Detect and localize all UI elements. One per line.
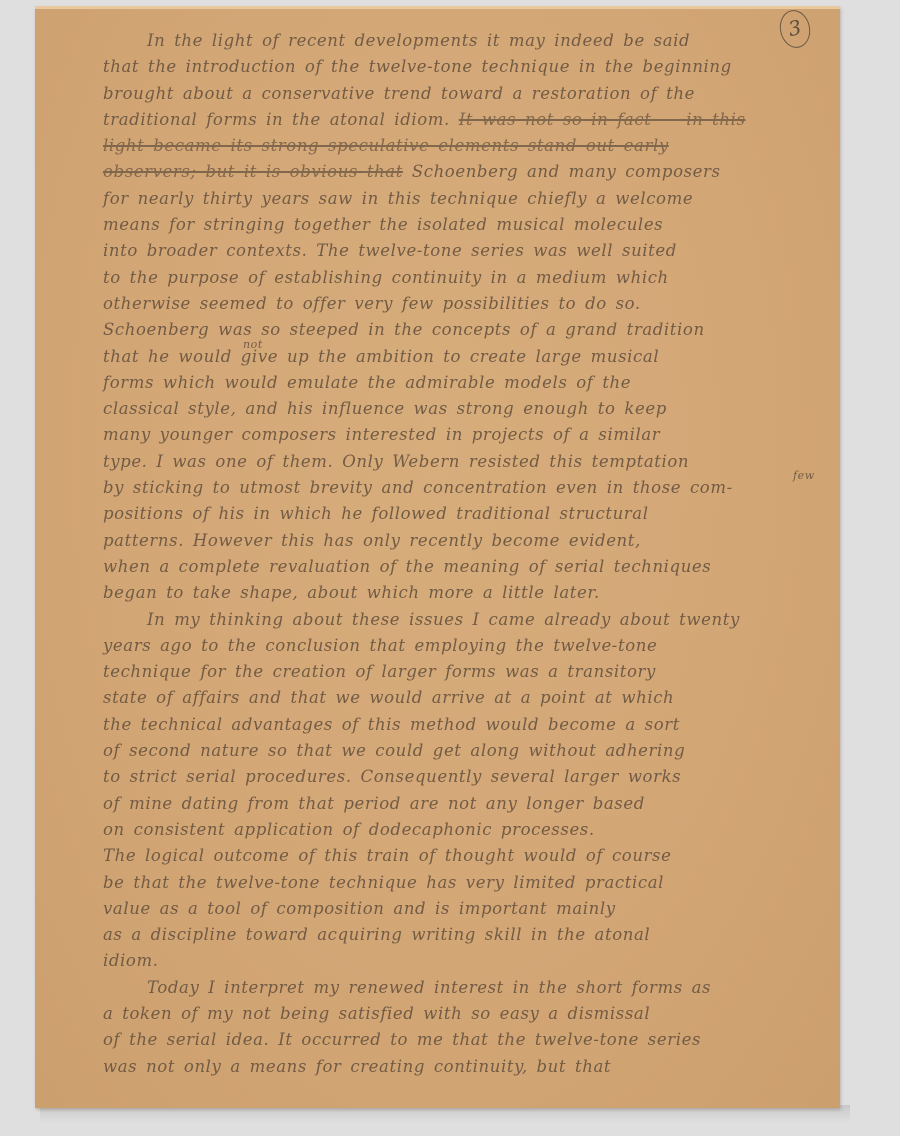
- text-line: began to take shape, about which more a …: [103, 580, 833, 606]
- text-line: on consistent application of dodecaphoni…: [103, 817, 833, 843]
- line-text: that he would give up the ambition to cr…: [103, 347, 659, 366]
- text-line: technique for the creation of larger for…: [103, 659, 833, 685]
- text-line: to strict serial procedures. Consequentl…: [103, 764, 833, 790]
- text-line: was not only a means for creating contin…: [103, 1054, 833, 1080]
- line-text: value as a tool of composition and is im…: [103, 899, 616, 918]
- text-line: years ago to the conclusion that employi…: [103, 633, 833, 659]
- text-line: In the light of recent developments it m…: [103, 28, 833, 54]
- text-line: as a discipline toward acquiring writing…: [103, 922, 833, 948]
- text-line: otherwise seemed to offer very few possi…: [103, 291, 833, 317]
- line-text: of mine dating from that period are not …: [103, 794, 645, 813]
- inserted-word: few: [793, 463, 815, 489]
- line-text: Schoenberg was so steeped in the concept…: [103, 320, 705, 339]
- line-text: idiom.: [103, 951, 159, 970]
- text-line: patterns. However this has only recently…: [103, 528, 833, 554]
- text-line: that the introduction of the twelve-tone…: [103, 54, 833, 80]
- line-text: years ago to the conclusion that employi…: [103, 636, 657, 655]
- manuscript-body: In the light of recent developments it m…: [103, 28, 833, 1080]
- inserted-word: not: [243, 332, 263, 358]
- line-text: a token of my not being satisfied with s…: [103, 1004, 650, 1023]
- text-line: of the serial idea. It occurred to me th…: [103, 1027, 833, 1053]
- line-text: traditional forms in the atonal idiom.: [103, 110, 450, 129]
- text-line: positions of his in which he followed tr…: [103, 501, 833, 527]
- text-line: few by sticking to utmost brevity and co…: [103, 475, 833, 501]
- line-text: patterns. However this has only recently…: [103, 531, 641, 550]
- line-text: for nearly thirty years saw in this tech…: [103, 189, 693, 208]
- line-text: by sticking to utmost brevity and concen…: [103, 478, 733, 497]
- text-line: for nearly thirty years saw in this tech…: [103, 186, 833, 212]
- text-line: the technical advantages of this method …: [103, 712, 833, 738]
- manuscript-page: 3 In the light of recent developments it…: [35, 6, 840, 1108]
- text-line: Today I interpret my renewed interest in…: [103, 975, 833, 1001]
- line-text: as a discipline toward acquiring writing…: [103, 925, 650, 944]
- struck-through-text: observers; but it is obvious that: [103, 162, 403, 181]
- line-text: brought about a conservative trend towar…: [103, 84, 695, 103]
- text-line: observers; but it is obvious that Schoen…: [103, 159, 833, 185]
- line-text: the technical advantages of this method …: [103, 715, 680, 734]
- struck-through-text: light became its strong speculative elem…: [103, 136, 669, 155]
- text-line: In my thinking about these issues I came…: [103, 607, 833, 633]
- line-text: when a complete revaluation of the meani…: [103, 557, 711, 576]
- line-text: to strict serial procedures. Consequentl…: [103, 767, 681, 786]
- line-text: In the light of recent developments it m…: [147, 31, 690, 50]
- text-line: classical style, and his influence was s…: [103, 396, 833, 422]
- text-line: traditional forms in the atonal idiom. I…: [103, 107, 833, 133]
- text-line: brought about a conservative trend towar…: [103, 81, 833, 107]
- line-text: on consistent application of dodecaphoni…: [103, 820, 595, 839]
- text-line: be that the twelve-tone technique has ve…: [103, 870, 833, 896]
- text-line: The logical outcome of this train of tho…: [103, 843, 833, 869]
- line-text: technique for the creation of larger for…: [103, 662, 656, 681]
- line-text: Today I interpret my renewed interest in…: [147, 978, 711, 997]
- text-line: type. I was one of them. Only Webern res…: [103, 449, 833, 475]
- line-text: of the serial idea. It occurred to me th…: [103, 1030, 701, 1049]
- line-text: means for stringing together the isolate…: [103, 215, 663, 234]
- text-line: a token of my not being satisfied with s…: [103, 1001, 833, 1027]
- struck-through-text: It was not so in fact — in this: [459, 110, 746, 129]
- line-text: forms which would emulate the admirable …: [103, 373, 631, 392]
- line-text: state of affairs and that we would arriv…: [103, 688, 674, 707]
- text-line: to the purpose of establishing continuit…: [103, 265, 833, 291]
- line-text: to the purpose of establishing continuit…: [103, 268, 669, 287]
- text-line: light became its strong speculative elem…: [103, 133, 833, 159]
- line-text: be that the twelve-tone technique has ve…: [103, 873, 664, 892]
- line-text: that the introduction of the twelve-tone…: [103, 57, 732, 76]
- line-text: In my thinking about these issues I came…: [147, 610, 740, 629]
- line-text: otherwise seemed to offer very few possi…: [103, 294, 641, 313]
- text-line: Schoenberg was so steeped in the concept…: [103, 317, 833, 343]
- text-line: many younger composers interested in pro…: [103, 422, 833, 448]
- line-text: type. I was one of them. Only Webern res…: [103, 452, 689, 471]
- text-line: when a complete revaluation of the meani…: [103, 554, 833, 580]
- text-line: idiom.: [103, 948, 833, 974]
- line-text: Schoenberg and many composers: [412, 162, 721, 181]
- text-line: forms which would emulate the admirable …: [103, 370, 833, 396]
- text-line: of mine dating from that period are not …: [103, 791, 833, 817]
- line-text: of second nature so that we could get al…: [103, 741, 685, 760]
- line-text: was not only a means for creating contin…: [103, 1057, 611, 1076]
- line-text: began to take shape, about which more a …: [103, 583, 600, 602]
- text-line: value as a tool of composition and is im…: [103, 896, 833, 922]
- line-text: into broader contexts. The twelve-tone s…: [103, 241, 677, 260]
- text-line: means for stringing together the isolate…: [103, 212, 833, 238]
- text-line: state of affairs and that we would arriv…: [103, 685, 833, 711]
- text-line: not that he would give up the ambition t…: [103, 344, 833, 370]
- line-text: classical style, and his influence was s…: [103, 399, 667, 418]
- line-text: positions of his in which he followed tr…: [103, 504, 649, 523]
- text-line: of second nature so that we could get al…: [103, 738, 833, 764]
- text-line: into broader contexts. The twelve-tone s…: [103, 238, 833, 264]
- line-text: The logical outcome of this train of tho…: [103, 846, 672, 865]
- line-text: many younger composers interested in pro…: [103, 425, 660, 444]
